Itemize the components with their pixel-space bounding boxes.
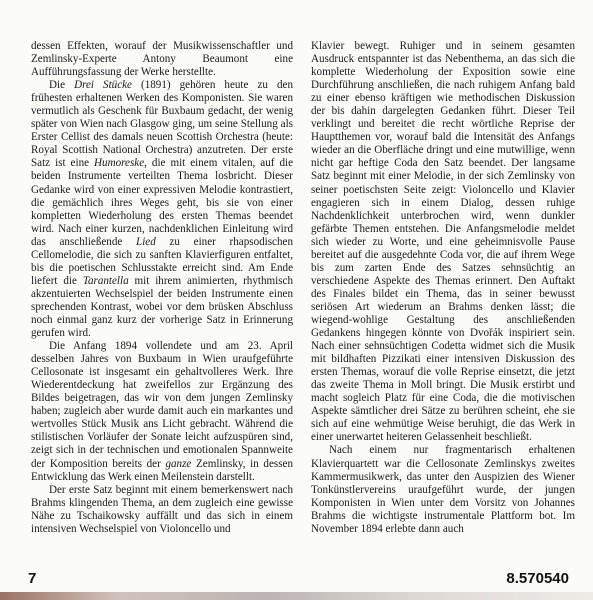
- left-text-column: dessen Effekten, worauf der Musikwissens…: [31, 40, 293, 536]
- text-run: Die: [49, 79, 74, 91]
- paragraph: dessen Effekten, worauf der Musikwissens…: [31, 40, 293, 79]
- paragraph-continued: Klavier bewegt. Ruhiger und in seinem ge…: [311, 40, 575, 444]
- booklet-page: dessen Effekten, worauf der Musikwissens…: [0, 0, 593, 600]
- work-title: Drei Stücke: [74, 79, 132, 91]
- right-text-column: Klavier bewegt. Ruhiger und in seinem ge…: [311, 40, 575, 536]
- page-bottom-edge: [0, 592, 593, 600]
- page-number: 7: [28, 570, 36, 587]
- paragraph-drei-stuecke: Die Drei Stücke (1891) gehören heute zu …: [31, 79, 293, 340]
- movement-title: Humoreske: [94, 157, 144, 169]
- paragraph-klavierquartett: Nach einem nur fragmentarisch erhaltenen…: [311, 444, 575, 535]
- text-run: (1891) gehören heute zu den frühesten er…: [31, 79, 293, 169]
- paragraph-erster-satz: Der erste Satz beginnt mit einem bemerke…: [31, 484, 293, 536]
- movement-title: Lied: [136, 236, 156, 248]
- text-run: Die Anfang 1894 vollendete und am 23. Ap…: [31, 340, 293, 469]
- movement-title: Tarantella: [83, 275, 129, 287]
- emphasis: ganze: [165, 458, 191, 470]
- text-run: , die mit einem vitalen, auf die beiden …: [31, 157, 293, 247]
- catalogue-number: 8.570540: [506, 570, 569, 587]
- paragraph-cellosonate: Die Anfang 1894 vollendete und am 23. Ap…: [31, 340, 293, 484]
